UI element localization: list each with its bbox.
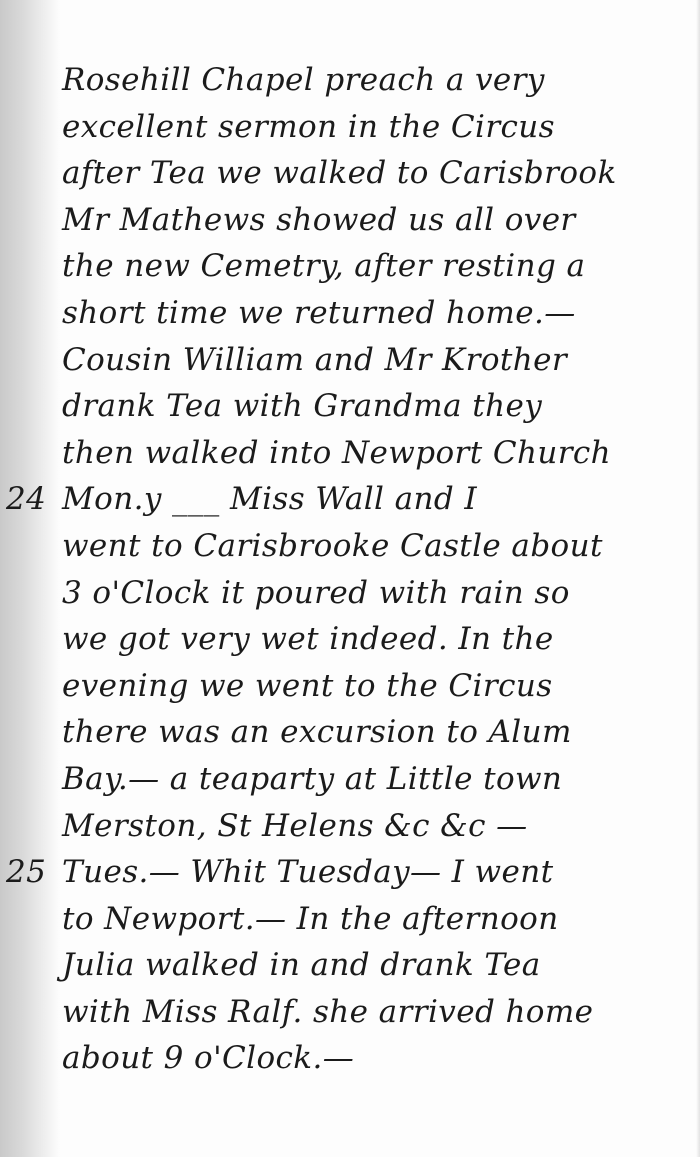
text-line: about 9 o'Clock.— [0,1040,700,1087]
diary-page: Rosehill Chapel preach a very excellent … [0,0,700,1157]
text-line: excellent sermon in the Circus [0,109,700,156]
line-text: Julia walked in and drank Tea [62,947,541,983]
text-line: went to Carisbrooke Castle about [0,528,700,575]
text-line: 24Mon.y ___ Miss Wall and I [0,481,700,528]
line-text: then walked into Newport Church [62,435,611,471]
line-text: about 9 o'Clock.— [62,1040,354,1076]
text-line: Bay.— a teaparty at Little town [0,761,700,808]
line-text: the new Cemetry, after resting a [62,248,585,284]
text-line: drank Tea with Grandma they [0,388,700,435]
line-text: Merston, St Helens &c &c — [62,808,528,844]
text-line: 25Tues.— Whit Tuesday— I went [0,854,700,901]
line-text: 3 o'Clock it poured with rain so [62,575,570,611]
line-text: Cousin William and Mr Krother [62,342,567,378]
text-line: Julia walked in and drank Tea [0,947,700,994]
line-text: Mon.y ___ Miss Wall and I [62,481,477,517]
line-text: there was an excursion to Alum [62,714,572,750]
line-text: went to Carisbrooke Castle about [62,528,603,564]
text-line: Merston, St Helens &c &c — [0,808,700,855]
line-text: Bay.— a teaparty at Little town [62,761,562,797]
text-line: to Newport.— In the afternoon [0,901,700,948]
text-line: evening we went to the Circus [0,668,700,715]
line-text: Mr Mathews showed us all over [62,202,576,238]
text-line: after Tea we walked to Carisbrook [0,155,700,202]
date-margin-number: 25 [6,854,56,890]
text-line: the new Cemetry, after resting a [0,248,700,295]
line-text: short time we returned home.— [62,295,576,331]
line-text: to Newport.— In the afternoon [62,901,559,937]
line-text: Rosehill Chapel preach a very [62,62,545,98]
text-line: with Miss Ralf. she arrived home [0,994,700,1041]
text-line: Mr Mathews showed us all over [0,202,700,249]
line-text: we got very wet indeed. In the [62,621,554,657]
text-line: there was an excursion to Alum [0,714,700,761]
text-line: then walked into Newport Church [0,435,700,482]
text-line: we got very wet indeed. In the [0,621,700,668]
line-text: evening we went to the Circus [62,668,553,704]
date-margin-number: 24 [6,481,56,517]
line-text: excellent sermon in the Circus [62,109,555,145]
handwritten-text-block: Rosehill Chapel preach a very excellent … [0,62,700,1087]
line-text: drank Tea with Grandma they [62,388,542,424]
text-line: Cousin William and Mr Krother [0,342,700,389]
line-text: with Miss Ralf. she arrived home [62,994,593,1030]
text-line: Rosehill Chapel preach a very [0,62,700,109]
line-text: after Tea we walked to Carisbrook [62,155,617,191]
text-line: short time we returned home.— [0,295,700,342]
text-line: 3 o'Clock it poured with rain so [0,575,700,622]
line-text: Tues.— Whit Tuesday— I went [62,854,553,890]
